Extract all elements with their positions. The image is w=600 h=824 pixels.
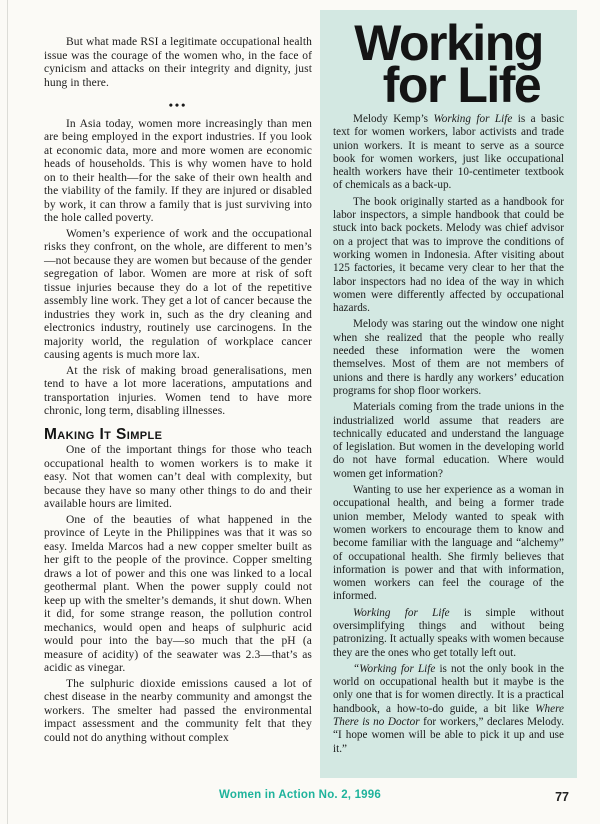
paragraph: The sulphuric dioxide emissions caused a… <box>44 678 312 746</box>
page-number: 77 <box>555 790 569 804</box>
paragraph: Melody Kemp’s Working for Life is a basi… <box>333 113 564 193</box>
left-column: But what made RSI a legitimate occupatio… <box>44 36 312 747</box>
section-heading: Making It Simple <box>44 428 312 442</box>
paragraph: The book originally started as a handboo… <box>333 196 564 316</box>
page-footer: Women in Action No. 2, 1996 77 <box>0 789 600 809</box>
journal-title: Women in Action No. 2, 1996 <box>0 789 600 801</box>
paragraph: “Working for Life is not the only book i… <box>333 663 564 756</box>
article-panel: Working for Life Melody Kemp’s Working f… <box>320 10 577 778</box>
paragraph: Women’s experience of work and the occup… <box>44 228 312 363</box>
paragraph: One of the beauties of what happened in … <box>44 514 312 676</box>
paragraph: One of the important things for those wh… <box>44 444 312 512</box>
article-title: Working for Life <box>320 22 577 106</box>
magazine-page: But what made RSI a legitimate occupatio… <box>0 0 600 824</box>
section-separator: ••• <box>44 99 312 113</box>
paragraph: Wanting to use her experience as a woman… <box>333 484 564 604</box>
scan-edge-artifact <box>7 0 8 824</box>
article-body: Melody Kemp’s Working for Life is a basi… <box>320 113 577 756</box>
paragraph: In Asia today, women more increasingly t… <box>44 118 312 226</box>
paragraph: Materials coming from the trade unions i… <box>333 401 564 481</box>
paragraph: Melody was staring out the window one ni… <box>333 318 564 398</box>
paragraph: At the risk of making broad generalisati… <box>44 365 312 419</box>
paragraph: But what made RSI a legitimate occupatio… <box>44 36 312 90</box>
paragraph: Working for Life is simple without overs… <box>333 607 564 660</box>
article-title-line2: for Life <box>333 64 590 106</box>
